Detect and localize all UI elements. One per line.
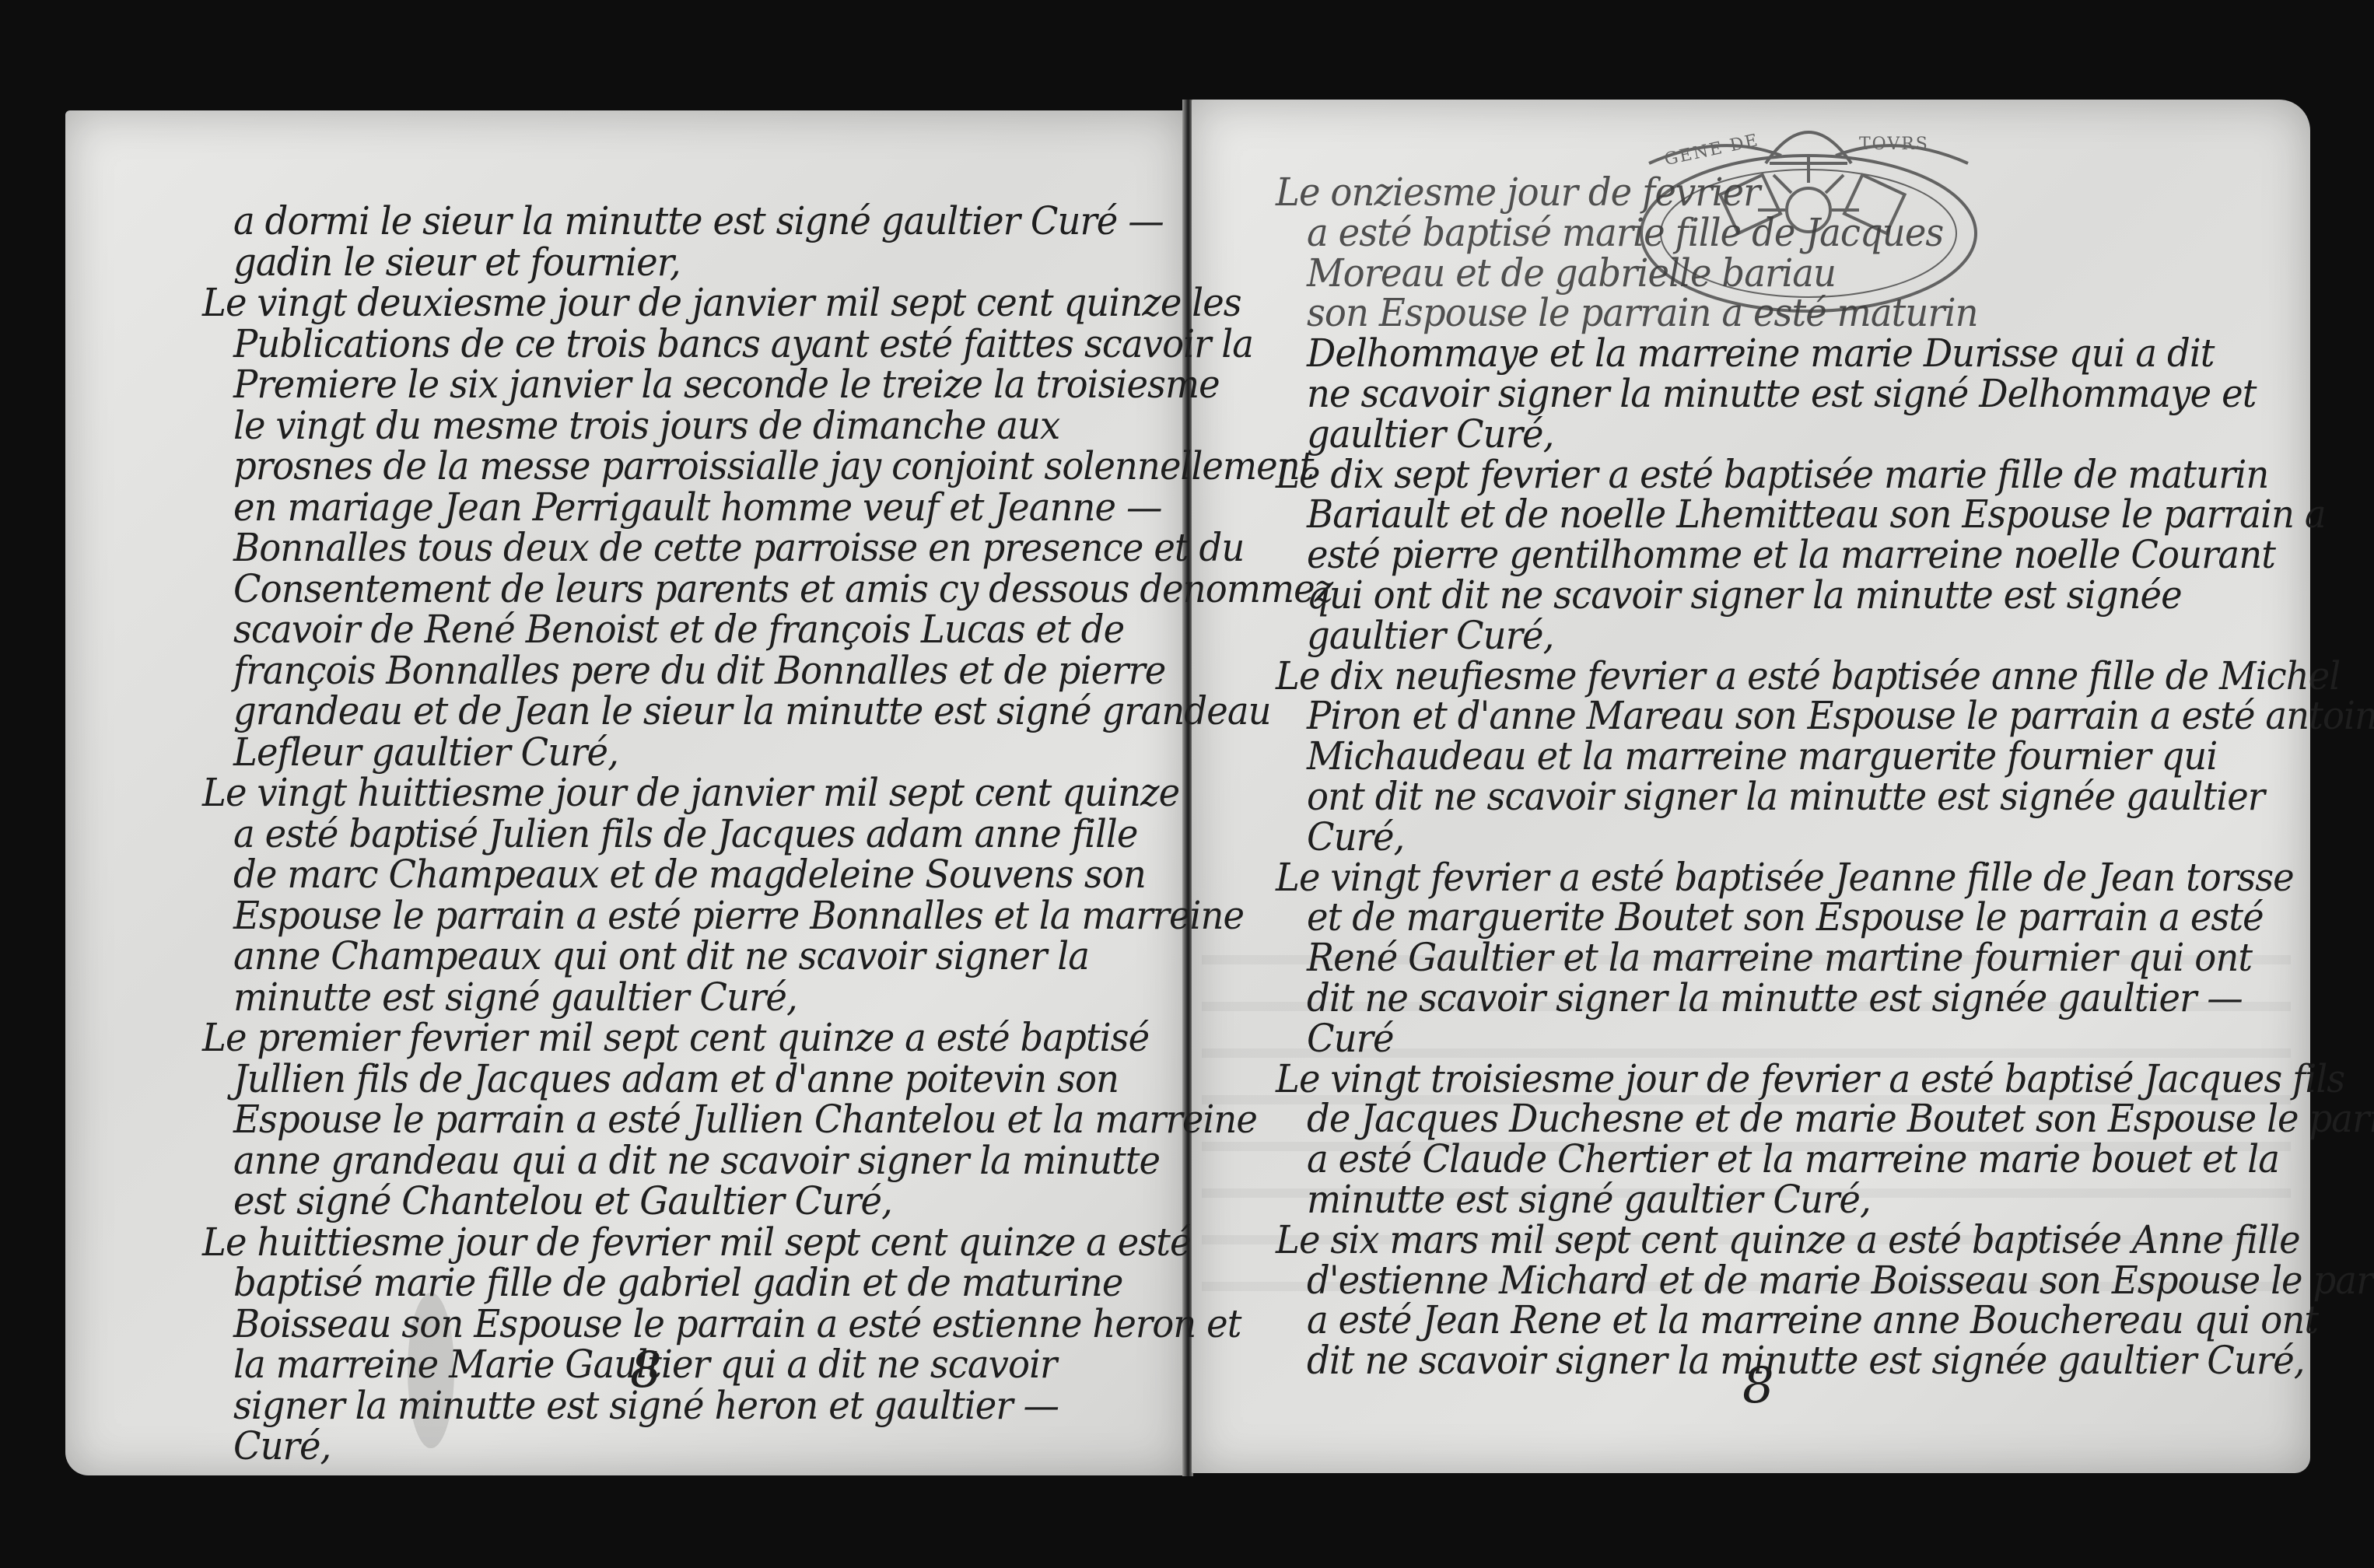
folio-number-right: 8 bbox=[1742, 1357, 1774, 1415]
register-text-line: est signé Chantelou et Gaultier Curé, bbox=[233, 1178, 892, 1223]
register-text-line: prosnes de la messe parroissialle jay co… bbox=[233, 443, 1314, 488]
register-text-line: Premiere le six janvier la seconde le tr… bbox=[233, 362, 1220, 407]
register-entry-start-line: Le dix neufiesme fevrier a esté baptisée… bbox=[1276, 653, 2340, 698]
register-text-line: minutte est signé gaultier Curé, bbox=[1307, 1177, 1871, 1222]
register-text-line: a dormi le sieur la minutte est signé ga… bbox=[233, 198, 1164, 243]
register-text-line: anne Champeaux qui ont dit ne scavoir si… bbox=[233, 933, 1089, 978]
stamp-text-top: GENE DE bbox=[1663, 131, 1761, 170]
register-text-line: qui ont dit ne scavoir signer la minutte… bbox=[1307, 572, 2182, 618]
register-entry-start-line: Le vingt troisiesme jour de fevrier a es… bbox=[1276, 1056, 2344, 1101]
register-text-line: Bonnalles tous deux de cette parroisse e… bbox=[233, 525, 1244, 570]
register-text-line: de marc Champeaux et de magdeleine Souve… bbox=[233, 852, 1146, 897]
register-text-line: Bariault et de noelle Lhemitteau son Esp… bbox=[1307, 492, 2326, 537]
register-text-line: le vingt du mesme trois jours de dimanch… bbox=[233, 403, 1059, 448]
register-text-line: Piron et d'anne Mareau son Espouse le pa… bbox=[1307, 693, 2374, 738]
register-text-line: gaultier Curé, bbox=[1307, 411, 1553, 457]
register-text-line: minutte est signé gaultier Curé, bbox=[233, 975, 797, 1020]
register-text-line: dit ne scavoir signer la minutte est sig… bbox=[1307, 1338, 2305, 1383]
register-text-line: Boisseau son Espouse le parrain a esté e… bbox=[233, 1301, 1241, 1346]
register-text-line: grandeau et de Jean le sieur la minutte … bbox=[233, 688, 1271, 733]
register-text-line: de Jacques Duchesne et de marie Boutet s… bbox=[1307, 1096, 2374, 1141]
register-text-line: Lefleur gaultier Curé, bbox=[233, 730, 618, 775]
register-entry-start-line: Le onziesme jour de fevrier bbox=[1276, 170, 1759, 215]
register-text-line: anne grandeau qui a dit ne scavoir signe… bbox=[233, 1138, 1160, 1183]
register-text-line: françois Bonnalles pere du dit Bonnalles… bbox=[233, 648, 1165, 693]
register-text-line: en mariage Jean Perrigault homme veuf et… bbox=[233, 485, 1162, 530]
register-entry-start-line: Le vingt deuxiesme jour de janvier mil s… bbox=[202, 280, 1241, 325]
folio-number-left: 8 bbox=[630, 1342, 662, 1399]
register-text-line: Consentement de leurs parents et amis cy… bbox=[233, 566, 1332, 611]
register-text-line: gaultier Curé, bbox=[1307, 613, 1553, 658]
register-text-line: Michaudeau et la marreine marguerite fou… bbox=[1307, 733, 2217, 779]
register-entry-start-line: Le huittiesme jour de fevrier mil sept c… bbox=[202, 1220, 1191, 1265]
register-text-line: ont dit ne scavoir signer la minutte est… bbox=[1307, 774, 2264, 819]
register-entry-start-line: Le six mars mil sept cent quinze a esté … bbox=[1276, 1217, 2300, 1262]
register-text-line: dit ne scavoir signer la minutte est sig… bbox=[1307, 975, 2243, 1020]
register-text-line: René Gaultier et la marreine martine fou… bbox=[1307, 935, 2252, 980]
register-text-line: son Espouse le parrain a esté maturin bbox=[1307, 290, 1978, 335]
register-text-line: Curé bbox=[1307, 1016, 1394, 1061]
register-entry-start-line: Le vingt fevrier a esté baptisée Jeanne … bbox=[1276, 855, 2294, 900]
register-text-line: esté pierre gentilhomme et la marreine n… bbox=[1307, 532, 2275, 577]
register-text-line: a esté Claude Chertier et la marreine ma… bbox=[1307, 1136, 2279, 1181]
register-text-line: d'estienne Michard et de marie Boisseau … bbox=[1307, 1258, 2374, 1303]
register-text-line: Espouse le parrain a esté Jullien Chante… bbox=[233, 1097, 1257, 1142]
register-text-line: scavoir de René Benoist et de françois L… bbox=[233, 607, 1124, 652]
register-text-line: Jullien fils de Jacques adam et d'anne p… bbox=[233, 1056, 1119, 1101]
register-text-line: ne scavoir signer la minutte est signé D… bbox=[1307, 371, 2256, 416]
register-text-line: a esté baptisé marie fille de Jacques bbox=[1307, 210, 1943, 255]
register-text-line: Espouse le parrain a esté pierre Bonnall… bbox=[233, 893, 1244, 938]
register-text-line: Publications de ce trois bancs ayant est… bbox=[233, 321, 1253, 366]
register-text-line: et de marguerite Boutet son Espouse le p… bbox=[1307, 894, 2264, 940]
register-text-line: baptisé marie fille de gabriel gadin et … bbox=[233, 1260, 1122, 1305]
register-text-line: Moreau et de gabrielle bariau bbox=[1307, 250, 1836, 296]
stamp-text-tours: TOVRS bbox=[1859, 135, 1929, 154]
register-entry-start-line: Le premier fevrier mil sept cent quinze … bbox=[202, 1015, 1149, 1060]
register-text-line: a esté baptisé Julien fils de Jacques ad… bbox=[233, 811, 1137, 856]
register-text-line: gadin le sieur et fournier, bbox=[233, 240, 681, 285]
register-entry-start-line: Le dix sept fevrier a esté baptisée mari… bbox=[1276, 452, 2268, 497]
register-text-line: Curé, bbox=[233, 1423, 331, 1468]
register-text-line: Curé, bbox=[1307, 814, 1404, 859]
register-entry-start-line: Le vingt huittiesme jour de janvier mil … bbox=[202, 770, 1179, 815]
register-text-line: a esté Jean Rene et la marreine anne Bou… bbox=[1307, 1297, 2318, 1342]
register-text-line: Delhommaye et la marreine marie Durisse … bbox=[1307, 331, 2215, 376]
